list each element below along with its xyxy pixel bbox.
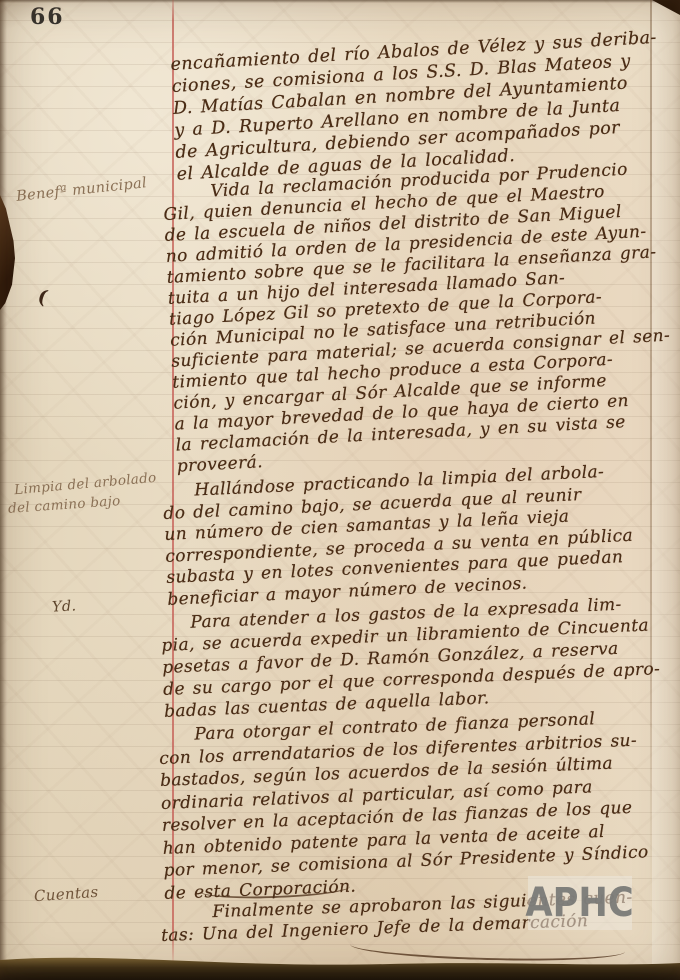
margin-note-limpia-line1: Limpia del arbolado xyxy=(14,470,158,498)
top-right-dark-corner xyxy=(652,0,680,15)
margin-note-idem: Yd. xyxy=(52,598,77,615)
book-top-edge xyxy=(0,0,680,3)
stray-pen-mark: ( xyxy=(35,285,50,309)
book-left-edge xyxy=(0,0,7,980)
manuscript-paragraph: Para atender a los gastos de la expresad… xyxy=(160,592,662,723)
manuscript-paragraph: Vida la reclamación producida por Pruden… xyxy=(162,158,676,478)
manuscript-paragraph: Hallándose practicando la limpia del arb… xyxy=(162,461,636,611)
photo-bottom-dark-edge xyxy=(0,952,680,980)
margin-note-beneficencia: Benefª municipal xyxy=(16,175,148,205)
margin-note-cuentas: Cuentas xyxy=(33,883,99,905)
archive-watermark-text: APHC xyxy=(526,883,634,923)
left-edge-dark-fragment xyxy=(0,195,15,310)
page-number: 66 xyxy=(30,4,65,30)
archive-watermark: APHC xyxy=(528,876,632,930)
manuscript-photo: 66 Benefª municipal Limpia del arbolado … xyxy=(0,0,680,980)
